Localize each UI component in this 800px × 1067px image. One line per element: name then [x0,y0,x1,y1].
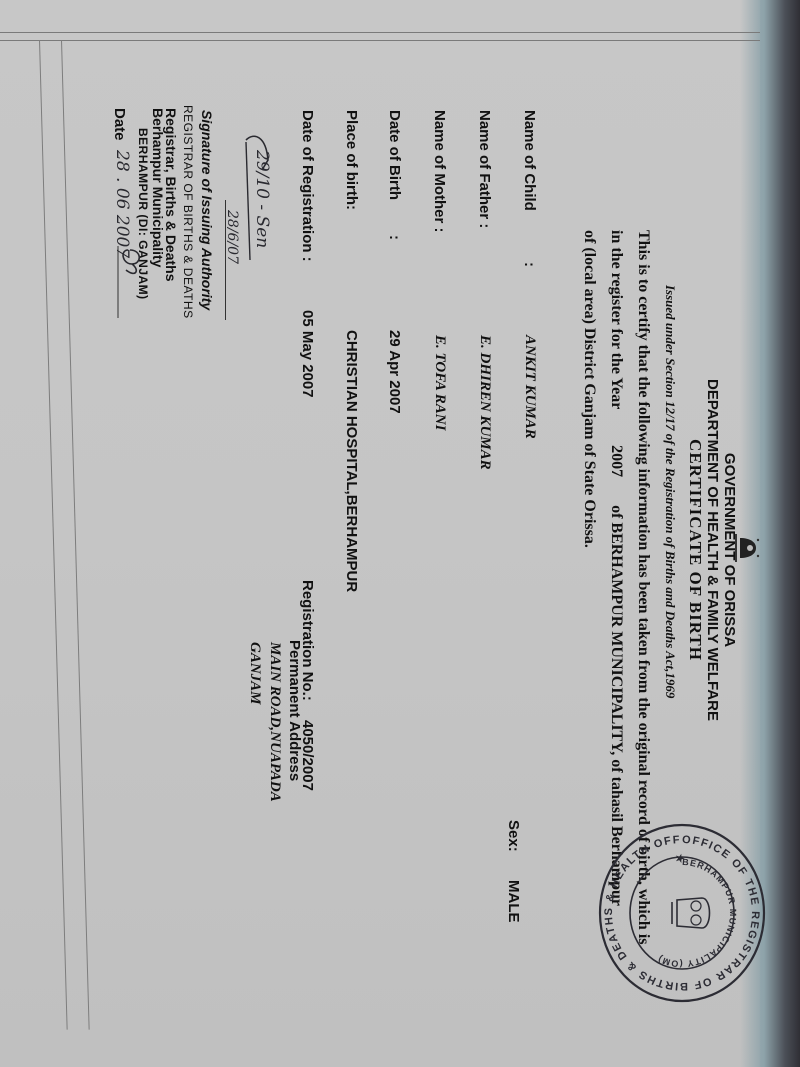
registration-date-value: 05 May 2007 [299,310,316,398]
issued-under-text: Issued under Section 12/17 of the Regist… [662,285,678,698]
dob-sep: : [386,235,403,240]
date-label: Date [111,108,128,141]
svg-text:BERHAMPUR MUNICIPALITY (OM): BERHAMPUR MUNICIPALITY (OM) [656,857,738,969]
registration-no-label: Registration No.: [299,580,316,701]
pob-value: CHRISTIAN HOSPITAL,BERHAMPUR [343,330,360,592]
registrar-printed-line-2: Berhampur Municipality [152,108,164,267]
child-name-label: Name of Child [521,110,538,211]
registrar-seal-icon: OFFICE OF THE REGISTRAR OF BIRTHS & DEAT… [592,818,772,1008]
header-department: DEPARTMENT OF HEALTH & FAMILY WELFARE [704,360,721,740]
photo-frame: GOVERNMENT OF ORISSA DEPARTMENT OF HEALT… [0,0,800,1067]
child-name-value: ANKIT KUMAR [521,335,538,439]
certificate-header: GOVERNMENT OF ORISSA DEPARTMENT OF HEALT… [687,360,738,740]
child-name-sep: : [521,262,538,267]
registration-date-label: Date of Registration : [299,110,316,262]
handwritten-signature: 29/10 - Sen [252,150,272,248]
header-government: GOVERNMENT OF ORISSA [721,360,738,740]
header-title: CERTIFICATE OF BIRTH [687,360,704,740]
initials-icon [110,240,150,320]
address-line-2: GANJAM [246,642,263,705]
handwritten-date-small: 28/6/07 [224,210,240,264]
seal-star: ★ [673,853,687,864]
pob-label: Place of birth: [343,110,360,210]
signature-underline [225,200,226,320]
father-name-value: E. DHIREN KUMAR [476,335,493,470]
registrar-stamp-line-1: REGISTRAR OF BIRTHS & DEATHS [181,105,195,319]
father-name-label: Name of Father : [476,110,493,228]
registrar-printed-line-1: Registrar, Births & Deaths [165,108,177,282]
signature-label: Signature of Issuing Authority [199,110,215,310]
mother-name-label: Name of Mother : [431,110,448,233]
mother-name-value: E. TOFA RANI [431,335,448,430]
sex-label: Sex: [505,820,522,852]
dob-value: 29 Apr 2007 [386,330,403,414]
sex-value: MALE [505,880,522,923]
register-year: 2007 [608,445,625,477]
registration-no-value: 4050/2007 [299,720,316,791]
seal-inner-text: BERHAMPUR MUNICIPALITY (OM) [656,857,738,969]
dob-label: Date of Birth [386,110,403,200]
certificate: GOVERNMENT OF ORISSA DEPARTMENT OF HEALT… [0,0,800,1067]
address-line-1: MAIN ROAD,NUAPADA [266,642,283,802]
